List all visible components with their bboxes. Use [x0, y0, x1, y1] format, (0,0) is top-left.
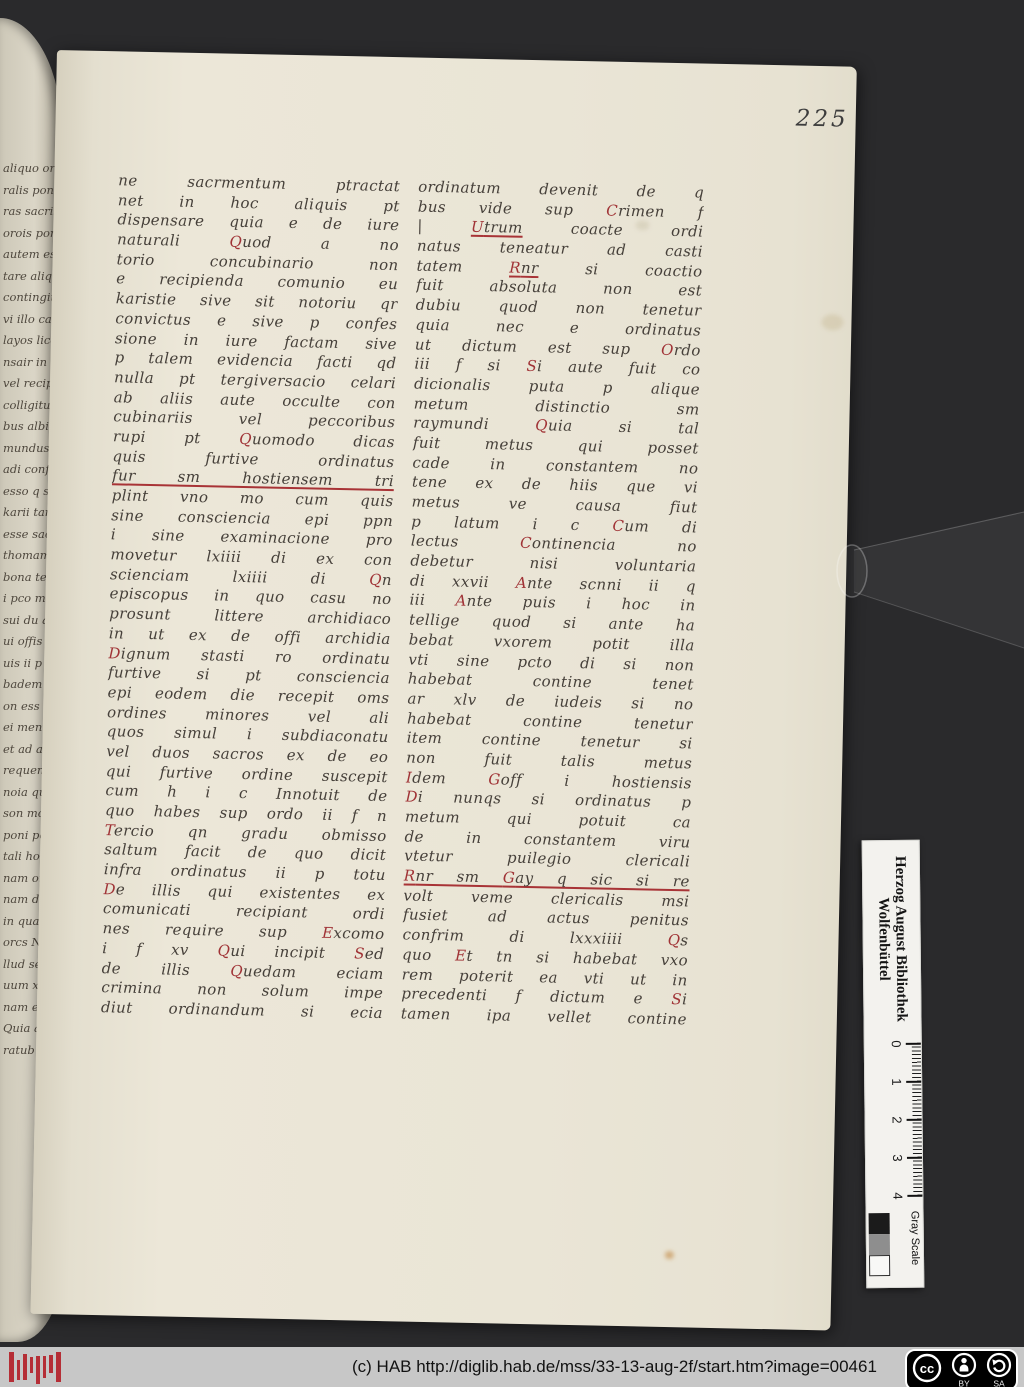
- manuscript-page: 225 ne sacrmentum ptractatnet in hoc ali…: [31, 50, 857, 1330]
- cc-icon: cc: [914, 1355, 940, 1381]
- svg-text:SA: SA: [993, 1379, 1005, 1387]
- ruler-number: 4: [890, 1189, 905, 1203]
- svg-text:BY: BY: [958, 1379, 970, 1387]
- page-number: 225: [795, 105, 848, 132]
- ruler-major-tick: [907, 1195, 922, 1197]
- page-stain: [665, 1251, 674, 1259]
- ruler-major-tick: [907, 1157, 922, 1159]
- ruler-number: 3: [890, 1151, 905, 1165]
- copyright-text: (c) HAB http://diglib.hab.de/mss/33-13-a…: [352, 1357, 877, 1377]
- gray-scale-patch: Gray Scale: [867, 1209, 924, 1288]
- text-column-right: ordinatum devenit de qbus vide sup Crime…: [401, 178, 705, 1030]
- gray-scale-swatch: [869, 1255, 890, 1276]
- library-name-line1: Herzog August Bibliothek: [891, 841, 910, 1037]
- facing-page-line: aliquo ordms fa: [3, 158, 62, 180]
- page-stain: [635, 220, 649, 230]
- gray-scale-swatch: [869, 1213, 890, 1234]
- library-name: Herzog August Bibliothek Wolfenbüttel: [863, 841, 921, 1038]
- gray-scale-swatches: [869, 1213, 891, 1276]
- gray-scale-label: Gray Scale: [909, 1211, 922, 1266]
- ruler: 01234: [865, 1041, 923, 1210]
- sa-icon: SA: [988, 1354, 1010, 1387]
- calibration-target: Herzog August Bibliothek Wolfenbüttel 01…: [862, 840, 925, 1289]
- registration-marks-icon: [9, 1350, 61, 1384]
- footer-bar: (c) HAB http://diglib.hab.de/mss/33-13-a…: [0, 1347, 1024, 1387]
- scan-viewport: aliquo ordms faralis ponit ut qras sacri…: [0, 0, 1024, 1387]
- cc-by-sa-icons: cc BY SA: [910, 1352, 1014, 1387]
- gray-scale-swatch: [869, 1234, 890, 1255]
- text-column-left: ne sacrmentum ptractatnet in hoc aliquis…: [101, 171, 401, 1023]
- svg-text:cc: cc: [919, 1361, 933, 1376]
- page-holder-icon: [818, 492, 1024, 662]
- library-name-line2: Wolfenbüttel: [874, 841, 893, 1037]
- page-stain: [821, 314, 843, 330]
- ruler-major-tick: [907, 1119, 922, 1121]
- ruler-major-tick: [906, 1081, 921, 1083]
- cc-license-badge: cc BY SA: [905, 1349, 1018, 1387]
- ruler-number: 1: [889, 1075, 904, 1089]
- ruler-number: 2: [890, 1113, 905, 1127]
- ruler-major-tick: [906, 1043, 921, 1045]
- by-icon: BY: [953, 1354, 975, 1387]
- ruler-number: 0: [889, 1037, 904, 1051]
